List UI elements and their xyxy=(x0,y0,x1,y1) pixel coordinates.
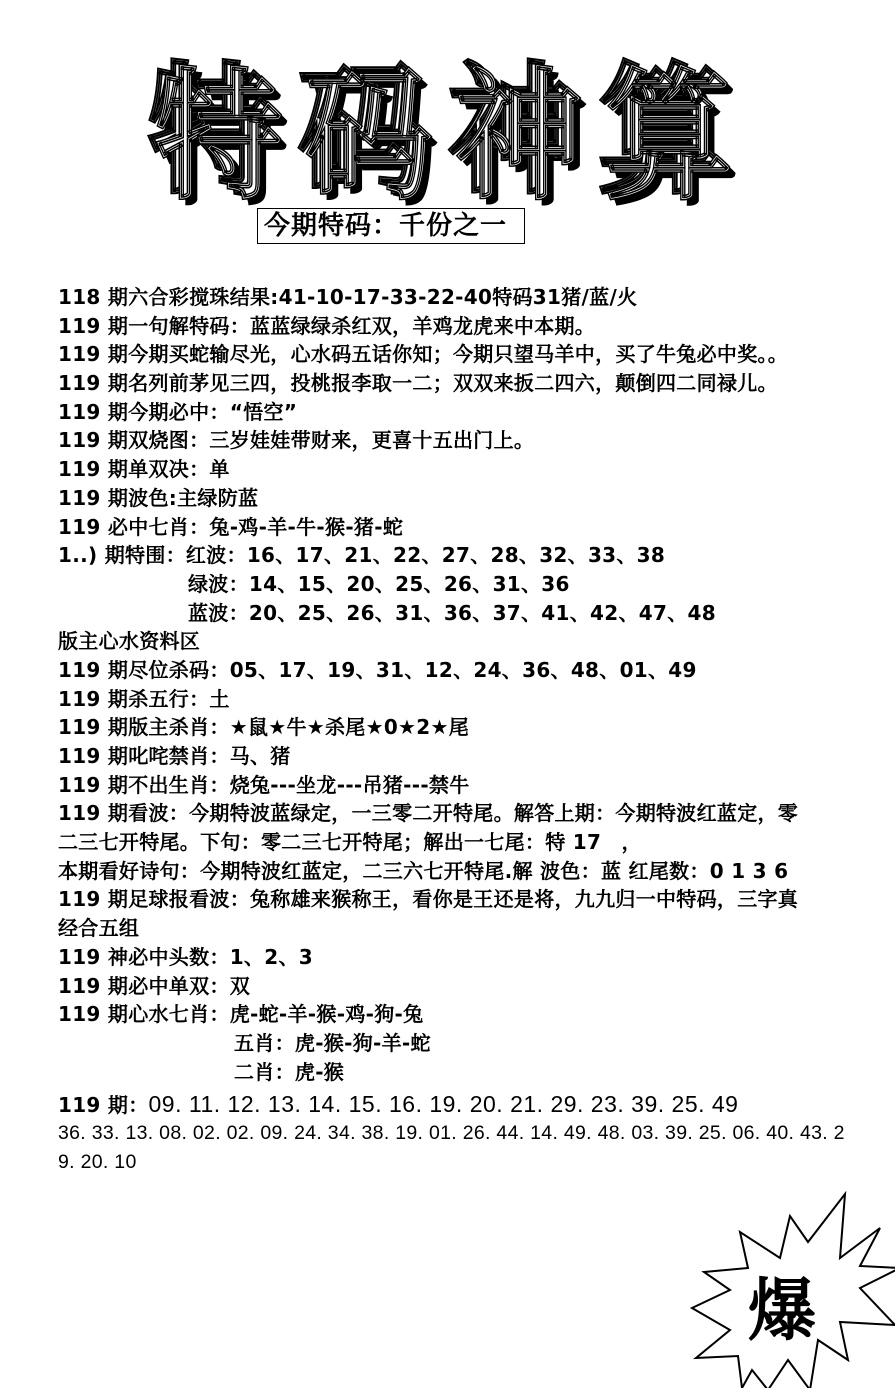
special-range-green: 绿波：14、15、20、25、26、31、36 xyxy=(58,570,888,599)
text-line: 119 期今期买蛇输尽光，心水码五话你知；今期只望马羊中，买了牛兔必中奖。。 xyxy=(58,340,888,369)
text-line: 119 期足球报看波：兔称雄来猴称王，看你是王还是将，九九归一中特码，三字真 xyxy=(58,885,888,914)
burst-badge-text: 爆 xyxy=(748,1272,816,1352)
text-line: 119 期波色:主绿防蓝 xyxy=(58,484,888,513)
text-line: 经合五组 xyxy=(58,914,888,943)
text-line: 119 必中七肖：兔-鸡-羊-牛-猴-猪-蛇 xyxy=(58,513,888,542)
text-line: 119 期名列前茅见三四，投桃报李取一二；双双来扳二四六，颠倒四二同禄儿。 xyxy=(58,369,888,398)
section-title: 版主心水资料区 xyxy=(58,627,888,656)
content-body: 118 期六合彩搅珠结果:41-10-17-33-22-40特码31猪/蓝/火 … xyxy=(58,283,888,1176)
numbers-main: 09. 11. 12. 13. 14. 15. 16. 19. 20. 21. … xyxy=(149,1091,739,1117)
text-line: 119 期单双决：单 xyxy=(58,455,888,484)
numbers-prefix: 119 期： xyxy=(58,1093,149,1117)
text-line: 本期看好诗句：今期特波红蓝定，二三六七开特尾.解 波色：蓝 红尾数：0 1 3 … xyxy=(58,857,888,886)
text-line: 119 期双烧图：三岁娃娃带财来，更喜十五出门上。 xyxy=(58,426,888,455)
red-wave-label: 红波： xyxy=(186,543,247,567)
numbers-main-line: 119 期：09. 11. 12. 13. 14. 15. 16. 19. 20… xyxy=(58,1090,888,1119)
text-line: 119 期一句解特码：蓝蓝绿绿杀红双，羊鸡龙虎来中本期。 xyxy=(58,312,888,341)
text-line: 119 期必中单双：双 xyxy=(58,972,888,1001)
special-range-prefix: 1..) 期特围： xyxy=(58,543,186,567)
five-xiao-line: 五肖：虎-猴-狗-羊-蛇 xyxy=(58,1029,888,1058)
text-line: 119 期不出生肖：烧兔---坐龙---吊猪---禁牛 xyxy=(58,771,888,800)
title-char-4: 算 算 算 xyxy=(598,62,740,212)
blue-wave-label: 蓝波： xyxy=(188,601,249,625)
text-line: 119 期版主杀肖：★鼠★牛★杀尾★0★2★尾 xyxy=(58,713,888,742)
text-line: 119 期尽位杀码：05、17、19、31、12、24、36、48、01、49 xyxy=(58,656,888,685)
numbers-line-3: 9. 20. 10 xyxy=(58,1148,888,1177)
result-line: 118 期六合彩搅珠结果:41-10-17-33-22-40特码31猪/蓝/火 xyxy=(58,283,888,312)
page-title: 特 特 特 码 码 码 神 神 神 算 算 算 xyxy=(148,62,758,212)
special-range-red: 1..) 期特围：红波：16、17、21、22、27、28、32、33、38 xyxy=(58,541,888,570)
text-line: 119 期心水七肖：虎-蛇-羊-猴-鸡-狗-兔 xyxy=(58,1000,888,1029)
numbers-line-2: 36. 33. 13. 08. 02. 02. 09. 24. 34. 38. … xyxy=(58,1119,888,1148)
title-char-3: 神 神 神 xyxy=(448,62,590,212)
title-char-1: 特 特 特 xyxy=(148,62,290,212)
red-wave-values: 16、17、21、22、27、28、32、33、38 xyxy=(247,543,665,567)
text-line: 119 神必中头数：1、2、3 xyxy=(58,943,888,972)
text-line: 119 期看波：今期特波蓝绿定，一三零二开特尾。解答上期：今期特波红蓝定，零 xyxy=(58,799,888,828)
text-line: 119 期叱咤禁肖：马、猪 xyxy=(58,742,888,771)
title-char-2: 码 码 码 xyxy=(298,62,440,212)
blue-wave-values: 20、25、26、31、36、37、41、42、47、48 xyxy=(249,601,716,625)
text-line: 二三七开特尾。下句：零二三七开特尾；解出一七尾：特 17 ， xyxy=(58,828,888,857)
green-wave-values: 14、15、20、25、26、31、36 xyxy=(249,572,570,596)
special-range-blue: 蓝波：20、25、26、31、36、37、41、42、47、48 xyxy=(58,599,888,628)
text-line: 119 期今期必中：“悟空” xyxy=(58,398,888,427)
two-xiao-line: 二肖：虎-猴 xyxy=(58,1058,888,1087)
text-line: 119 期杀五行：土 xyxy=(58,685,888,714)
subtitle-box: 今期特码：千份之一 xyxy=(257,208,525,244)
green-wave-label: 绿波： xyxy=(188,572,249,596)
